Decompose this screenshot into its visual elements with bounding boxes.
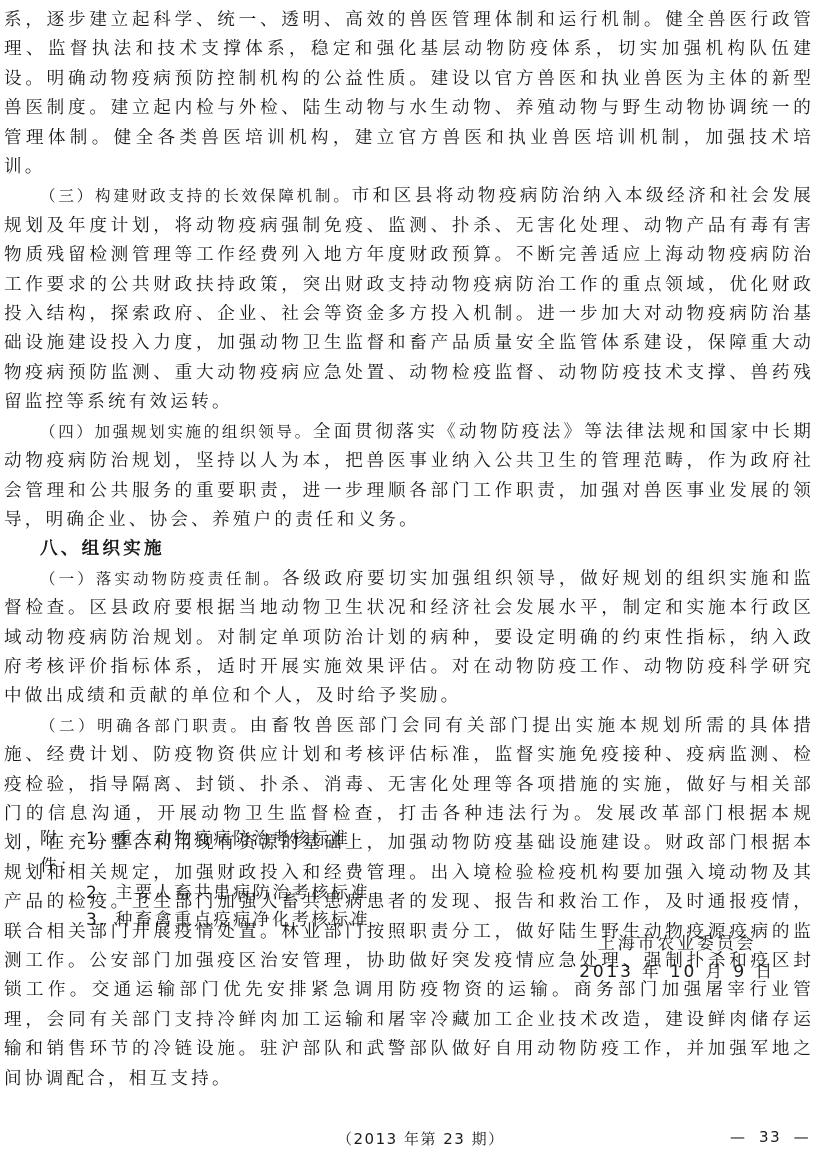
attachment-item: 1. 重大动物疫病防治考核标准 — [86, 826, 351, 880]
paragraph-lead-heading: （一）落实动物防疫责任制。 — [40, 570, 282, 588]
paragraph-text: 系，逐步建立起科学、统一、透明、高效的兽医管理体制和运行机制。健全兽医行政管理、… — [4, 10, 814, 177]
attachment-row: 2. 主要人畜共患病防治考核标准 — [40, 880, 370, 907]
paragraph-lead-heading: （三）构建财政支持的长效保障机制。 — [40, 187, 352, 205]
paragraph-lead-heading: （四）加强规划实施的组织领导。 — [40, 423, 313, 441]
section-heading: 八、组织实施 — [4, 535, 814, 564]
paragraph-text: 各级政府要切实加强组织领导，做好规划的组织实施和监督检查。区县政府要根据当地动物… — [4, 569, 814, 707]
attachment-item: 3. 种畜禽重点疫病净化考核标准 — [86, 907, 370, 934]
page-number: — 33 — — [730, 1128, 810, 1146]
signing-organization: 上海市农业委员会 — [579, 930, 775, 958]
paragraph-continued: 系，逐步建立起科学、统一、透明、高效的兽医管理体制和运行机制。健全兽医行政管理、… — [4, 6, 814, 182]
paragraph-section-4: （四）加强规划实施的组织领导。全面贯彻落实《动物防疫法》等法律法规和国家中长期动… — [4, 418, 814, 536]
paragraph-text: 市和区县将动物疫病防治纳入本级经济和社会发展规划及年度计划，将动物疫病强制免疫、… — [4, 186, 814, 412]
attachment-row: 3. 种畜禽重点疫病净化考核标准 — [40, 907, 370, 934]
attachments-list: 附件： 1. 重大动物疫病防治考核标准 2. 主要人畜共患病防治考核标准 3. … — [40, 826, 370, 934]
attachment-row: 附件： 1. 重大动物疫病防治考核标准 — [40, 826, 370, 880]
paragraph-8-1: （一）落实动物防疫责任制。各级政府要切实加强组织领导，做好规划的组织实施和监督检… — [4, 565, 814, 712]
paragraph-section-3: （三）构建财政支持的长效保障机制。市和区县将动物疫病防治纳入本级经济和社会发展规… — [4, 182, 814, 417]
attachment-item: 2. 主要人畜共患病防治考核标准 — [86, 880, 370, 907]
issue-number: （2013 年第 23 期） — [337, 1128, 505, 1149]
paragraph-lead-heading: （二）明确各部门职责。 — [40, 717, 250, 735]
signing-date: 2013 年 10 月 9 日 — [579, 958, 775, 986]
signature-block: 上海市农业委员会 2013 年 10 月 9 日 — [579, 930, 775, 986]
attachments-label: 附件： — [40, 826, 86, 880]
